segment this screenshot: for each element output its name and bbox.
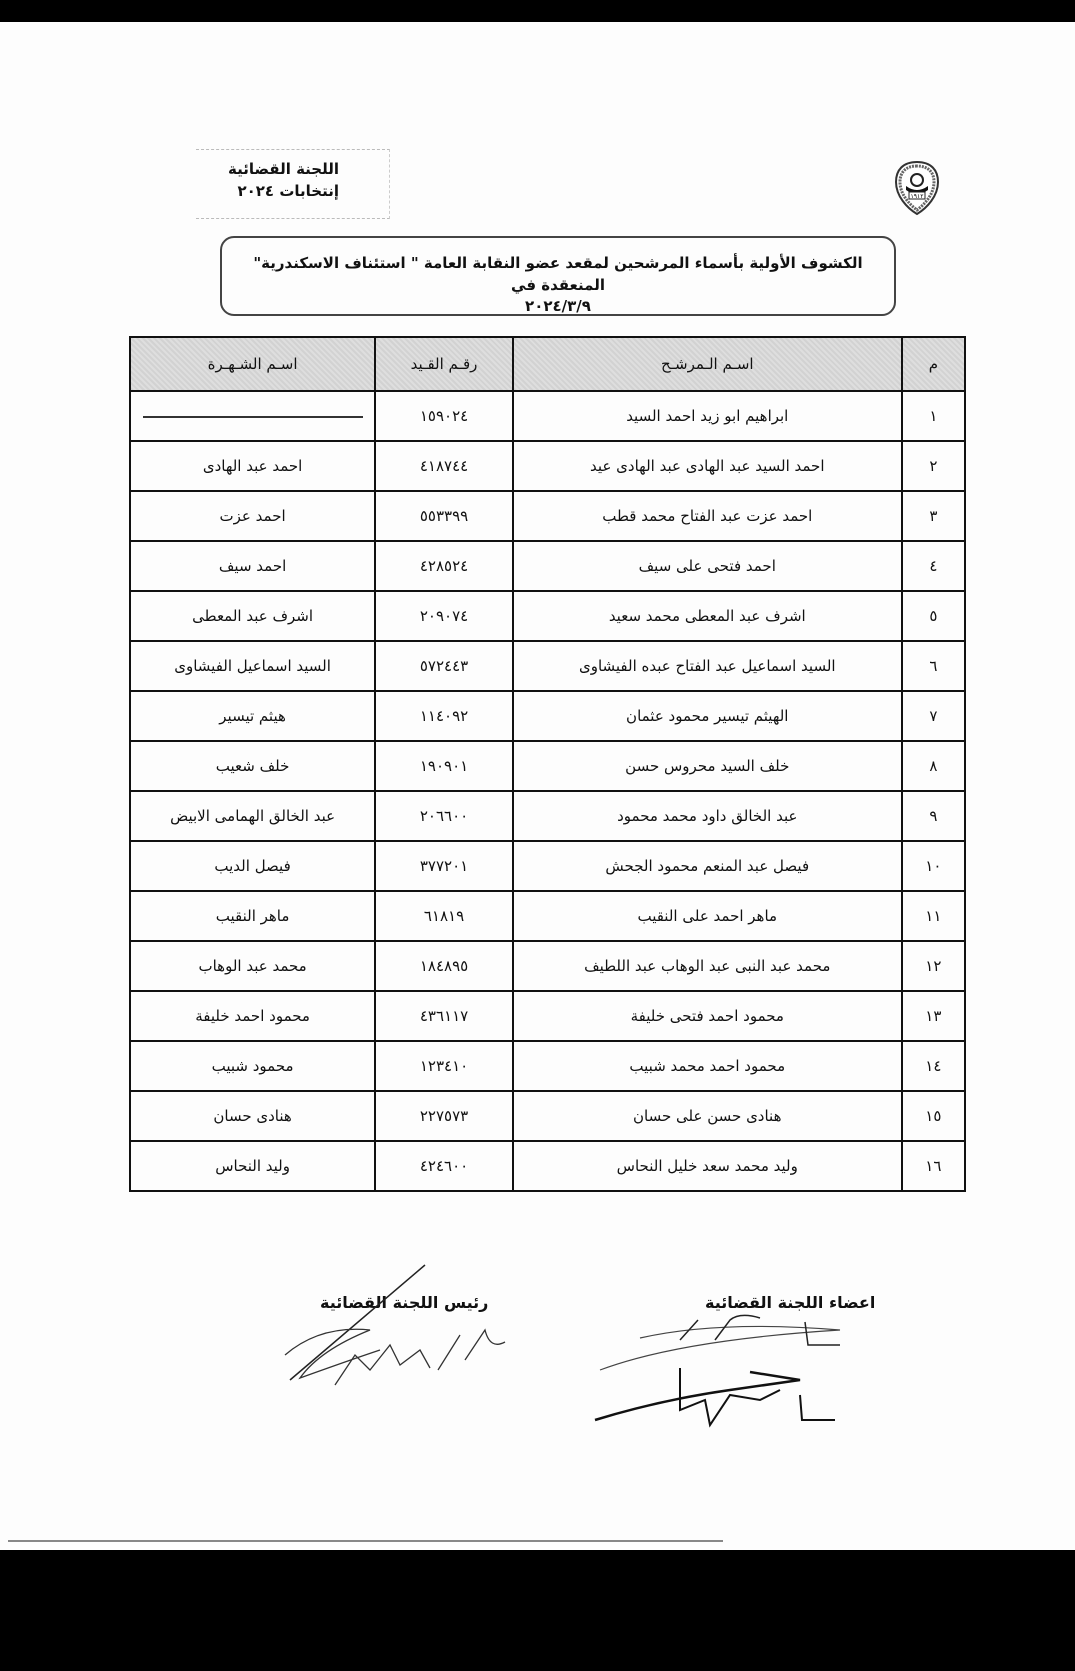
registration-no: ١١٤٠٩٢ [375,691,513,741]
header-known-name: اسـم الشـهـرة [130,337,375,391]
registration-no: ٢٠٦٦٠٠ [375,791,513,841]
candidate-name: خلف السيد محروس حسن [513,741,902,791]
table-row: ١١ ماهر احمد على النقيب ٦١٨١٩ ماهر النقي… [130,891,965,941]
candidate-name: السيد اسماعيل عبد الفتاح عبده الفيشاوى [513,641,902,691]
known-name: هيثم تيسير [130,691,375,741]
table-row: ١٢ محمد عبد النبى عبد الوهاب عبد اللطيف … [130,941,965,991]
table-row: ٢ احمد السيد عبد الهادى عبد الهادى عيد ٤… [130,441,965,491]
row-num: ٥ [902,591,965,641]
table-row: ٧ الهيثم تيسير محمود عثمان ١١٤٠٩٢ هيثم ت… [130,691,965,741]
registration-no: ٣٧٧٢٠١ [375,841,513,891]
candidate-name: احمد السيد عبد الهادى عبد الهادى عيد [513,441,902,491]
known-name [130,391,375,441]
known-name: محمد عبد الوهاب [130,941,375,991]
row-num: ١٠ [902,841,965,891]
bottom-black-bar [0,1550,1075,1671]
row-num: ١٥ [902,1091,965,1141]
candidates-table: م اسـم الـمرشـح رقـم القـيد اسـم الشـهـر… [129,336,966,1192]
registration-no: ١٩٠٩٠١ [375,741,513,791]
header-num: م [902,337,965,391]
table-row: ٤ احمد فتحى على سيف ٤٢٨٥٢٤ احمد سيف [130,541,965,591]
table-row: ١٦ وليد محمد سعد خليل النحاس ٤٢٤٦٠٠ وليد… [130,1141,965,1191]
header-registration-no: رقـم القـيد [375,337,513,391]
candidate-name: محمد عبد النبى عبد الوهاب عبد اللطيف [513,941,902,991]
committee-header-box: اللجنة القضائية إنتخابات ٢٠٢٤ [196,149,390,219]
registration-no: ٦١٨١٩ [375,891,513,941]
candidate-name: احمد عزت عبد الفتاح محمد قطب [513,491,902,541]
known-name: محمود احمد خليفة [130,991,375,1041]
candidate-name: ابراهيم ابو زيد احمد السيد [513,391,902,441]
row-num: ١٤ [902,1041,965,1091]
top-black-bar [0,0,1075,22]
registration-no: ٤٢٤٦٠٠ [375,1141,513,1191]
row-num: ١ [902,391,965,441]
committee-name: اللجنة القضائية [196,158,339,180]
table-row: ٥ اشرف عبد المعطى محمد سعيد ٢٠٩٠٧٤ اشرف … [130,591,965,641]
known-name: احمد عبد الهادى [130,441,375,491]
row-num: ٢ [902,441,965,491]
candidate-name: ماهر احمد على النقيب [513,891,902,941]
table-row: ٦ السيد اسماعيل عبد الفتاح عبده الفيشاوى… [130,641,965,691]
svg-text:١٩١٢: ١٩١٢ [911,193,924,200]
candidate-name: محمود احمد محمد شبيب [513,1041,902,1091]
candidate-name: الهيثم تيسير محمود عثمان [513,691,902,741]
registration-no: ٤١٨٧٤٤ [375,441,513,491]
row-num: ٧ [902,691,965,741]
known-name: السيد اسماعيل الفيشاوى [130,641,375,691]
known-name: احمد عزت [130,491,375,541]
registration-no: ٤٣٦١١٧ [375,991,513,1041]
candidate-name: اشرف عبد المعطى محمد سعيد [513,591,902,641]
known-name: ماهر النقيب [130,891,375,941]
handwritten-signatures-icon [260,1250,940,1450]
table-header-row: م اسـم الـمرشـح رقـم القـيد اسـم الشـهـر… [130,337,965,391]
row-num: ٦ [902,641,965,691]
known-name: عبد الخالق الهمامى الابيض [130,791,375,841]
table-row: ٣ احمد عزت عبد الفتاح محمد قطب ٥٥٣٣٩٩ اح… [130,491,965,541]
candidate-name: عبد الخالق داود محمد محمود [513,791,902,841]
registration-no: ١٥٩٠٢٤ [375,391,513,441]
title-line-1: الكشوف الأولية بأسماء المرشحين لمقعد عضو… [222,252,894,296]
known-name: وليد النحاس [130,1141,375,1191]
registration-no: ٢٠٩٠٧٤ [375,591,513,641]
candidate-name: هنادى حسن على حسان [513,1091,902,1141]
registration-no: ١٨٤٨٩٥ [375,941,513,991]
row-num: ٨ [902,741,965,791]
known-name: خلف شعيب [130,741,375,791]
empty-dash [143,416,363,418]
row-num: ١٢ [902,941,965,991]
registration-no: ١٢٣٤١٠ [375,1041,513,1091]
known-name: اشرف عبد المعطى [130,591,375,641]
registration-no: ٥٥٣٣٩٩ [375,491,513,541]
row-num: ١٦ [902,1141,965,1191]
registration-no: ٥٧٢٤٤٣ [375,641,513,691]
page-bottom-rule [8,1540,723,1542]
document-title-box: الكشوف الأولية بأسماء المرشحين لمقعد عضو… [220,236,896,316]
syndicate-logo-icon: ١٩١٢ [893,160,941,216]
title-date: ٢٠٢٤/٣/٩ [222,296,894,316]
table-row: ١ ابراهيم ابو زيد احمد السيد ١٥٩٠٢٤ [130,391,965,441]
table-row: ٨ خلف السيد محروس حسن ١٩٠٩٠١ خلف شعيب [130,741,965,791]
table-row: ١٠ فيصل عبد المنعم محمود الجحش ٣٧٧٢٠١ في… [130,841,965,891]
table-row: ١٥ هنادى حسن على حسان ٢٢٧٥٧٣ هنادى حسان [130,1091,965,1141]
row-num: ٣ [902,491,965,541]
candidate-name: فيصل عبد المنعم محمود الجحش [513,841,902,891]
candidate-name: احمد فتحى على سيف [513,541,902,591]
row-num: ٩ [902,791,965,841]
registration-no: ٤٢٨٥٢٤ [375,541,513,591]
known-name: هنادى حسان [130,1091,375,1141]
table-row: ٩ عبد الخالق داود محمد محمود ٢٠٦٦٠٠ عبد … [130,791,965,841]
row-num: ١١ [902,891,965,941]
row-num: ١٣ [902,991,965,1041]
known-name: احمد سيف [130,541,375,591]
elections-label: إنتخابات ٢٠٢٤ [196,180,339,202]
candidate-name: محمود احمد فتحى خليفة [513,991,902,1041]
known-name: محمود شبيب [130,1041,375,1091]
header-candidate-name: اسـم الـمرشـح [513,337,902,391]
registration-no: ٢٢٧٥٧٣ [375,1091,513,1141]
table-row: ١٤ محمود احمد محمد شبيب ١٢٣٤١٠ محمود شبي… [130,1041,965,1091]
table-row: ١٣ محمود احمد فتحى خليفة ٤٣٦١١٧ محمود اح… [130,991,965,1041]
known-name: فيصل الديب [130,841,375,891]
candidate-name: وليد محمد سعد خليل النحاس [513,1141,902,1191]
row-num: ٤ [902,541,965,591]
